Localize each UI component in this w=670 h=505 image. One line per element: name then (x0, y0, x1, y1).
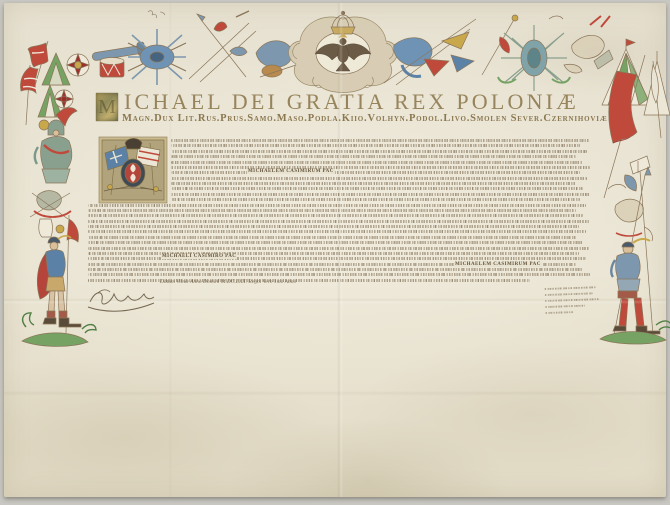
script-line (171, 155, 576, 158)
body-script-lines (88, 139, 590, 282)
script-line (88, 220, 590, 223)
script-line (88, 273, 590, 276)
script-line (88, 268, 583, 271)
wheel-icon (67, 54, 89, 76)
standard-icon (482, 15, 518, 75)
round-shield-icon (128, 29, 186, 85)
chancery-script-line (545, 292, 593, 296)
top-trophy-frieze (28, 11, 613, 93)
script-line (171, 171, 580, 174)
ink-scribble (148, 11, 165, 18)
left-trophy-border (20, 65, 96, 346)
cannon-icon (91, 42, 145, 63)
eagle-icon (315, 33, 371, 71)
script-line (171, 177, 587, 180)
armor-trophy (30, 191, 71, 237)
illuminated-initial-M: M (96, 93, 118, 121)
script-line (171, 193, 590, 196)
script-line (171, 166, 590, 169)
flag-icon (20, 65, 38, 125)
drum-icon (100, 58, 124, 78)
chancery-script-line (545, 311, 573, 314)
script-line (88, 236, 576, 239)
chancery-script-line (545, 305, 585, 309)
script-line (171, 187, 583, 190)
script-line (171, 150, 587, 153)
horsetail-standard-icon (651, 61, 661, 138)
tent-icon (602, 39, 650, 105)
script-line (88, 209, 576, 212)
royal-signature (88, 290, 154, 311)
script-line (171, 182, 576, 185)
highlighted-name: MICHAELEM CASIMIRUM PAC (454, 262, 542, 267)
white-tent-icon (644, 51, 670, 115)
spears-cluster (189, 11, 256, 82)
script-line (88, 241, 583, 244)
royal-cartouche (289, 11, 398, 92)
sketch-armor (549, 16, 613, 73)
red-banner-icon (604, 55, 645, 198)
screenshot-root: { "document": { "kind": "royal charter p… (0, 0, 670, 505)
document-subtitle: Magn.Dux Lit.Rus.Prus.Samo.Maso.Podla.Ki… (122, 113, 592, 124)
script-line (88, 247, 590, 250)
cartouche-scrolls (289, 17, 398, 93)
flag-icon (28, 41, 48, 89)
script-line (171, 198, 580, 201)
document-title: ICHAEL DEI GRATIA REX POLONIÆ (124, 89, 604, 115)
wheel-icon (55, 90, 73, 108)
soldier-figure (22, 215, 96, 346)
halberdier-figure (600, 167, 670, 344)
armor-trophy-right (384, 19, 476, 85)
parchment-sheet: M ICHAEL DEI GRATIA REX POLONIÆ Magn.Dux… (4, 3, 666, 497)
chancery-signature (544, 286, 605, 318)
knight-figure (35, 108, 77, 183)
script-line (171, 139, 590, 142)
tent-icon (38, 85, 62, 117)
script-line (88, 204, 586, 207)
script-line (171, 161, 583, 164)
script-line (88, 279, 530, 282)
tent-icon (42, 53, 70, 85)
script-line (88, 225, 579, 228)
armor-trophy (608, 156, 653, 241)
highlighted-name: MICHAELI CASIMIRO PAC (161, 254, 237, 259)
script-line (88, 230, 586, 233)
armor-trophy-left (256, 41, 296, 77)
script-line (88, 214, 583, 217)
chancery-script-line (544, 286, 596, 290)
highlighted-name: MICHAELEM CASIMIRUM PAC (247, 169, 335, 174)
crown-icon (331, 11, 355, 34)
chancery-script-line (545, 298, 600, 302)
script-line (171, 144, 580, 147)
oval-shield-icon (498, 25, 570, 91)
gold-tassel (39, 120, 49, 130)
right-trophy-border (600, 39, 670, 344)
dateline: Datum Vilnæ Anno Domini M.DC.LXX. Regni … (160, 279, 296, 285)
